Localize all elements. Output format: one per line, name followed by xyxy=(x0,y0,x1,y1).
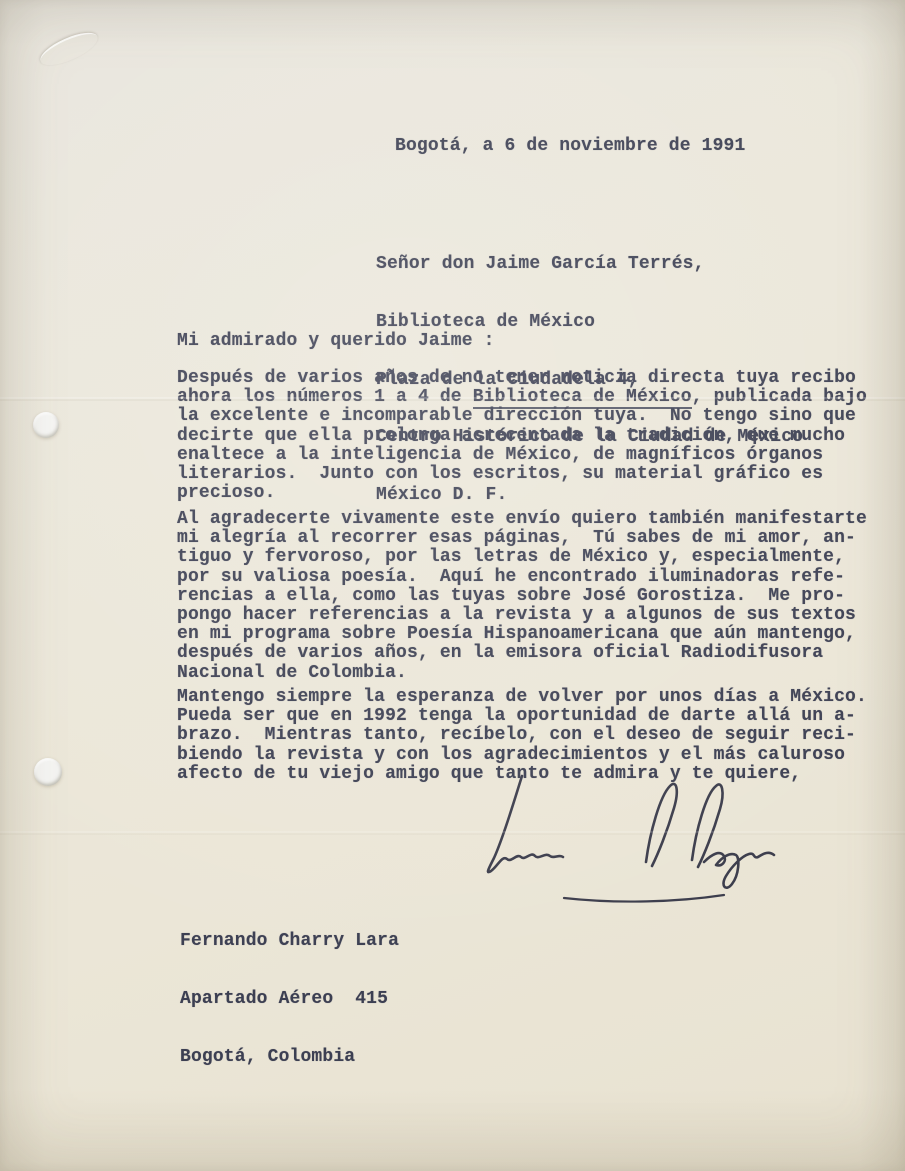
recipient-line: Biblioteca de México xyxy=(376,313,803,332)
letter-page: Bogotá, a 6 de noviembre de 1991 Señor d… xyxy=(0,0,905,1171)
sender-block: Fernando Charry Lara Apartado Aéreo 415 … xyxy=(180,894,399,1105)
handwritten-signature-icon xyxy=(468,772,788,907)
paragraph-3: Mantengo siempre la esperanza de volver … xyxy=(177,688,867,784)
sender-line: Fernando Charry Lara xyxy=(180,932,399,951)
salutation: Mi admirado y querido Jaime : xyxy=(177,332,495,351)
paper-tear-mark xyxy=(36,26,102,71)
punch-hole-top xyxy=(33,412,59,438)
sender-line: Bogotá, Colombia xyxy=(180,1048,399,1067)
sender-line: Apartado Aéreo 415 xyxy=(180,990,399,1009)
letter-date: Bogotá, a 6 de noviembre de 1991 xyxy=(395,137,745,156)
paragraph-1: Después de varios años de no tener notic… xyxy=(177,369,867,503)
punch-hole-bottom xyxy=(34,758,62,786)
paragraph-2: Al agradecerte vivamente este envío quie… xyxy=(177,510,867,683)
recipient-line: Señor don Jaime García Terrés, xyxy=(376,255,803,274)
